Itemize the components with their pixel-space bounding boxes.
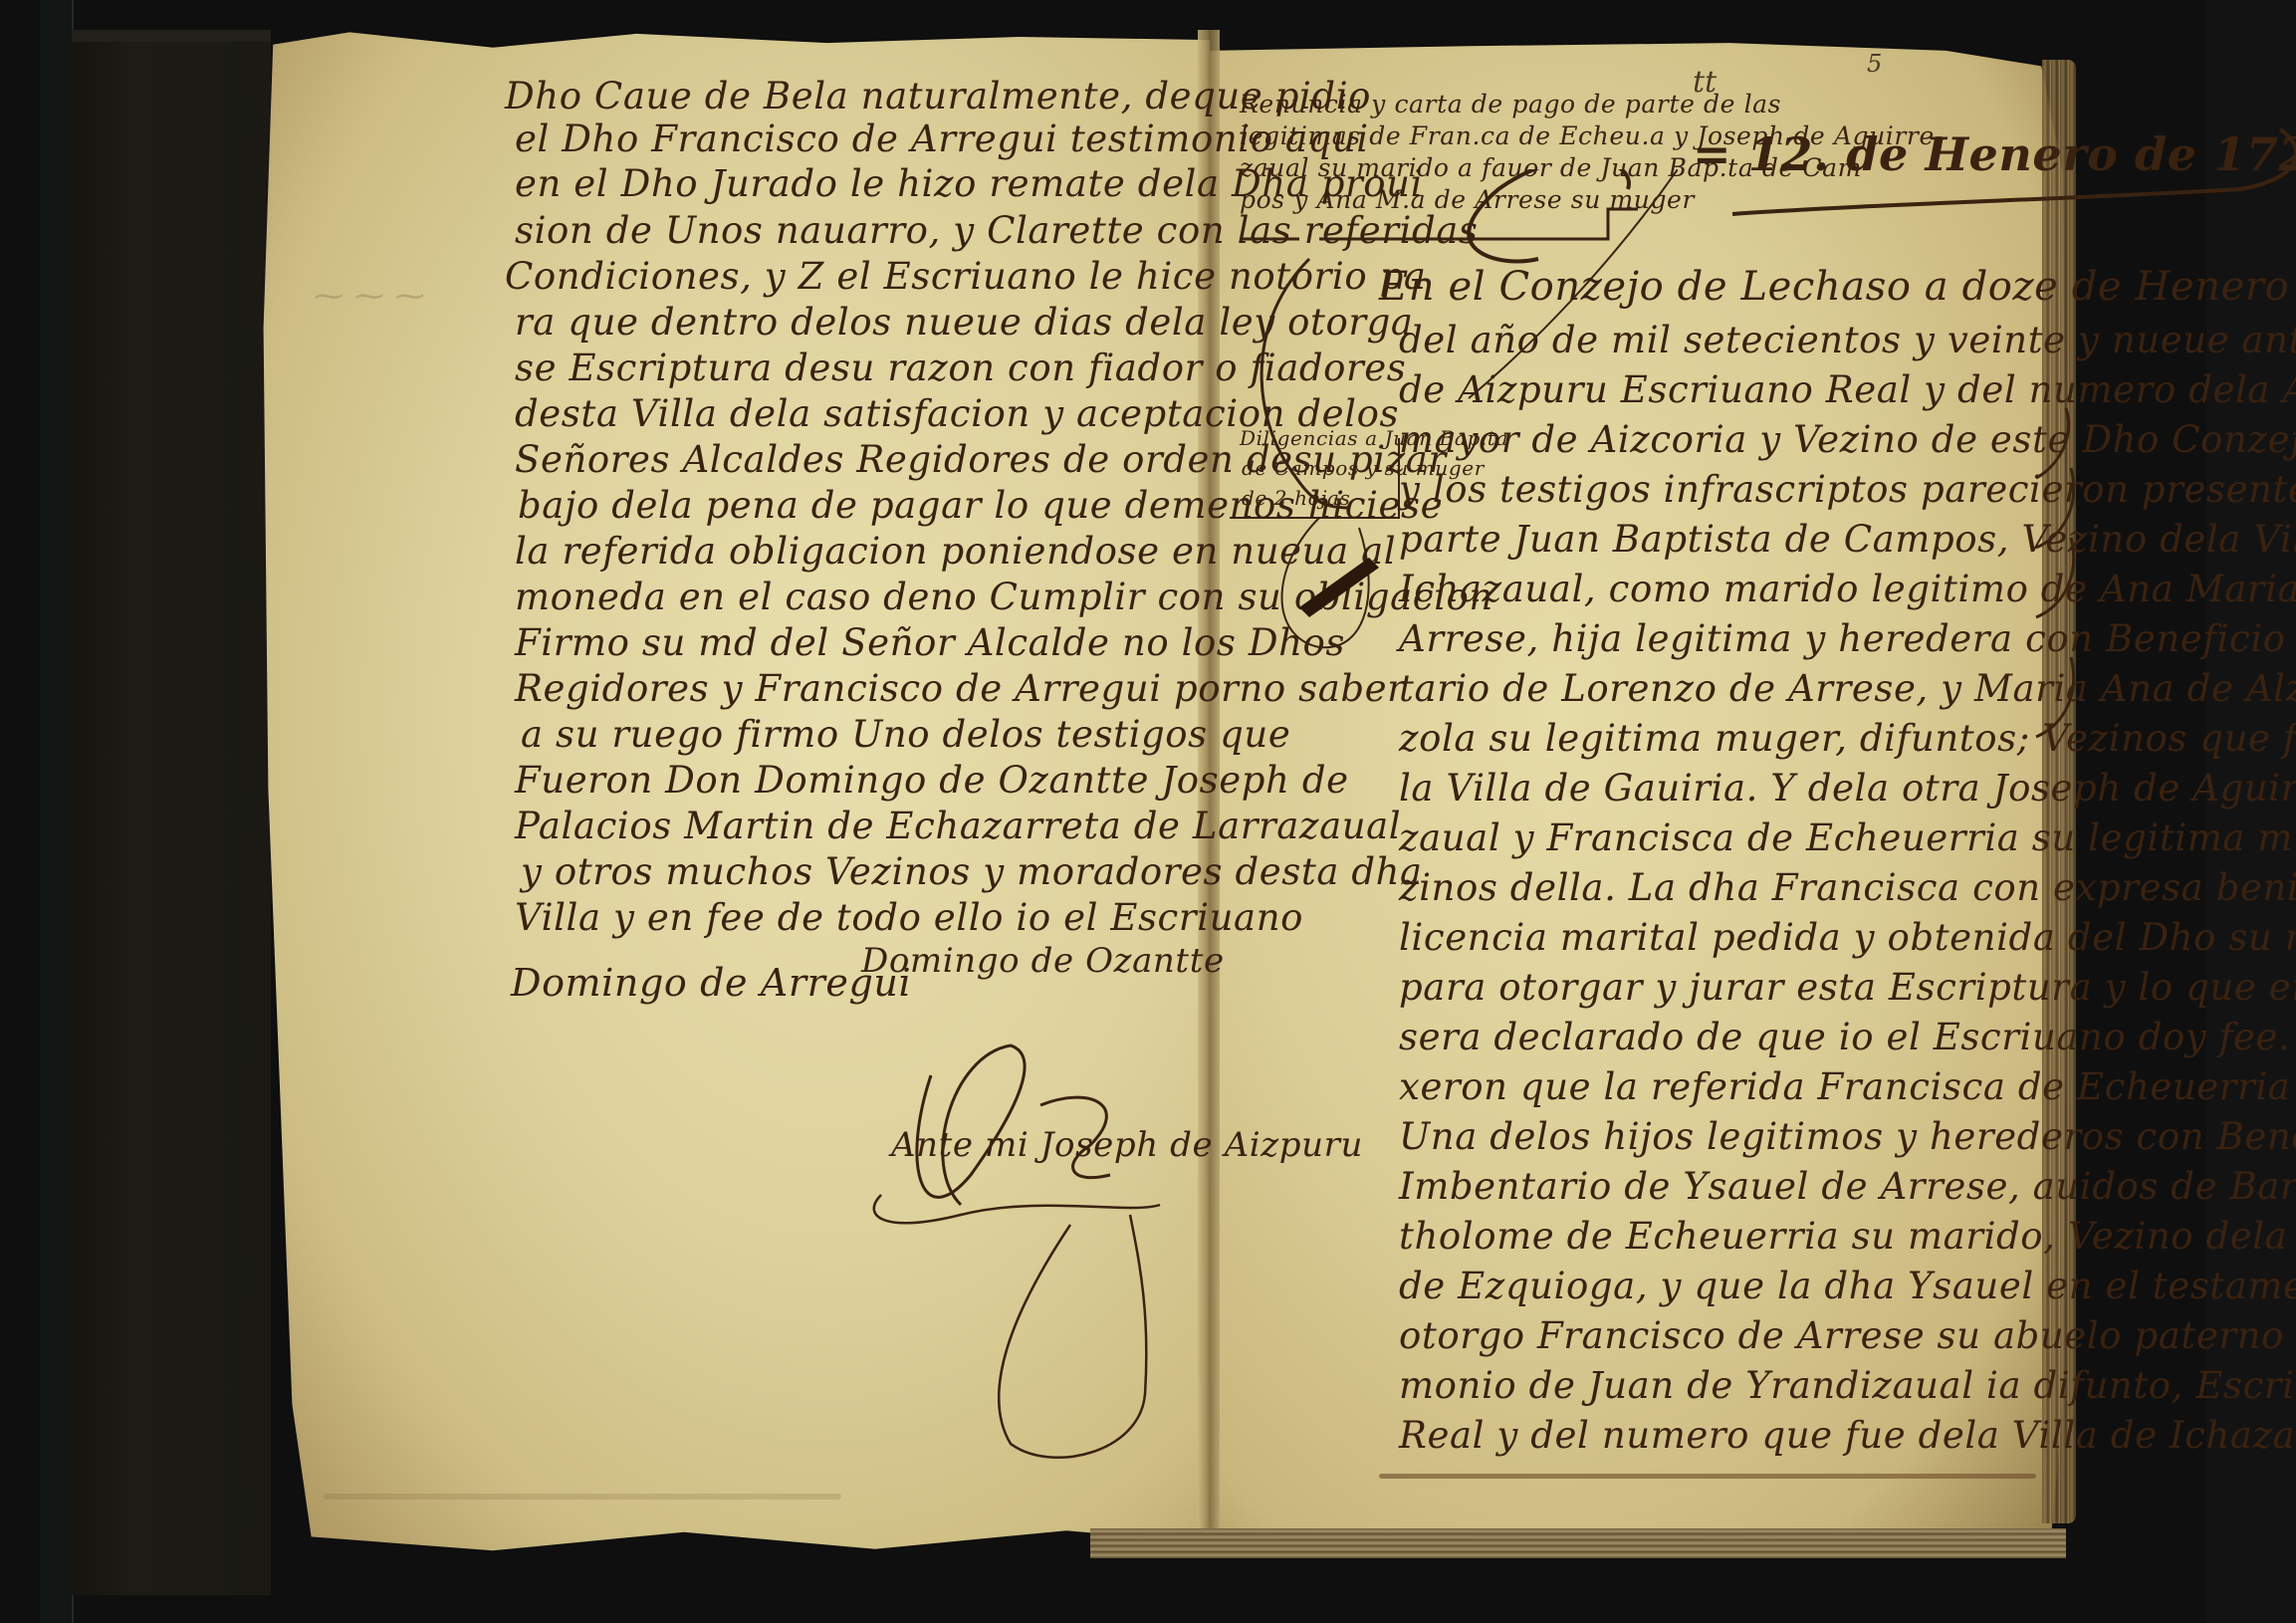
- scanner-frame-left: [40, 0, 74, 1623]
- text-line: Arrese, hija legitima y heredera con Ben…: [1399, 617, 2296, 660]
- text-line: xeron que la referida Francisca de Echeu…: [1399, 1065, 2296, 1108]
- text-line: mayor de Aizcoria y Vezino de este Dho C…: [1399, 418, 2296, 461]
- text-line: Imbentario de Ysauel de Arrese, auidos d…: [1399, 1165, 2296, 1208]
- text-line: del año de mil setecientos y veinte y nu…: [1399, 319, 2296, 361]
- notary-signature: Ante mi Joseph de Aizpuru: [891, 1125, 1363, 1165]
- page-stack-bottom: [1090, 1528, 2066, 1558]
- text-line: zaual y Francisca de Echeuerria su legit…: [1399, 816, 2296, 859]
- signature-domingo-ozantte: Domingo de Ozantte: [861, 941, 1225, 981]
- manuscript-spread: ⁓ ⁓ ⁓ Dho Caue de Bela naturalmente, deq…: [254, 20, 2076, 1558]
- text-line: Villa y en fee de todo ello io el Escriu…: [515, 896, 1303, 939]
- text-line: zola su legitima muger, difuntos; Vezino…: [1399, 717, 2296, 760]
- text-line: sion de Unos nauarro, y Clarette con las…: [515, 209, 1479, 252]
- text-line: tholome de Echeuerria su marido, Vezino …: [1399, 1215, 2296, 1258]
- text-line: Una delos hijos legitimos y herederos co…: [1399, 1115, 2296, 1158]
- date-heading: = 12. de Henero de 1729 =: [1693, 127, 2296, 181]
- page-number: 5: [1867, 50, 1882, 78]
- text-line: la Villa de Gauiria. Y dela otra Joseph …: [1399, 767, 2296, 810]
- text-line: de Ezquioga, y que la dha Ysauel en el t…: [1399, 1265, 2296, 1307]
- book-cover-board: [72, 30, 271, 1595]
- text-line: Firmo su md del Señor Alcalde no los Dho…: [515, 621, 1345, 664]
- text-line: se Escriptura desu razon con fiador o fi…: [515, 347, 1406, 389]
- text-line: licencia marital pedida y obtenida del D…: [1399, 916, 2296, 959]
- scan-viewport: ⁓ ⁓ ⁓ Dho Caue de Bela naturalmente, deq…: [0, 0, 2296, 1623]
- text-line: Fueron Don Domingo de Ozantte Joseph de: [515, 759, 1349, 802]
- ink-stain: [324, 1494, 841, 1500]
- text-line: para otorgar y jurar esta Escriptura y l…: [1399, 966, 2296, 1009]
- text-line: la referida obligacion poniendose en nue…: [515, 530, 1396, 573]
- text-line: moneda en el caso deno Cumplir con su ob…: [515, 576, 1493, 618]
- text-line: Ichazaual, como marido legitimo de Ana M…: [1399, 568, 2296, 610]
- text-line: de Aizpuru Escriuano Real y del numero d…: [1399, 368, 2296, 411]
- text-line: parte Juan Baptista de Campos, Vezino de…: [1399, 518, 2296, 561]
- text-line: y los testigos infrascriptos parecieron …: [1399, 468, 2296, 511]
- text-line: a su ruego firmo Uno delos testigos que: [521, 713, 1290, 756]
- text-line: Condiciones, y Z el Escriuano le hice no…: [505, 255, 1427, 298]
- text-line: Real y del numero que fue dela Villa de …: [1399, 1414, 2296, 1457]
- text-line: zinos della. La dha Francisca con expres…: [1399, 866, 2296, 909]
- page-mark: tt: [1693, 65, 1717, 100]
- signature-domingo-arregui: Domingo de Arregui: [511, 961, 911, 1005]
- text-line: otorgo Francisco de Arrese su abuelo pat…: [1399, 1314, 2296, 1357]
- margin-note-line: pos y Ana M.a de Arrese su muger: [1240, 185, 1695, 214]
- closing-rule: [1379, 1474, 2036, 1479]
- text-line: monio de Juan de Yrandizaual ia difunto,…: [1399, 1364, 2296, 1407]
- side-note-line: de 2 hojas: [1242, 486, 1350, 510]
- opening-line: En el Conzejo de Lechaso a doze de Hener…: [1379, 264, 2289, 310]
- text-line: ra que dentro delos nueue dias dela ley …: [515, 301, 1414, 344]
- text-line: y otros muchos Vezinos y moradores desta…: [521, 850, 1423, 893]
- text-line: Regidores y Francisco de Arregui porno s…: [515, 667, 1405, 710]
- text-line: Palacios Martin de Echazarreta de Larraz…: [515, 805, 1401, 847]
- text-line: sera declarado de que io el Escriuano do…: [1399, 1016, 2296, 1058]
- text-line: tario de Lorenzo de Arrese, y Maria Ana …: [1399, 667, 2296, 710]
